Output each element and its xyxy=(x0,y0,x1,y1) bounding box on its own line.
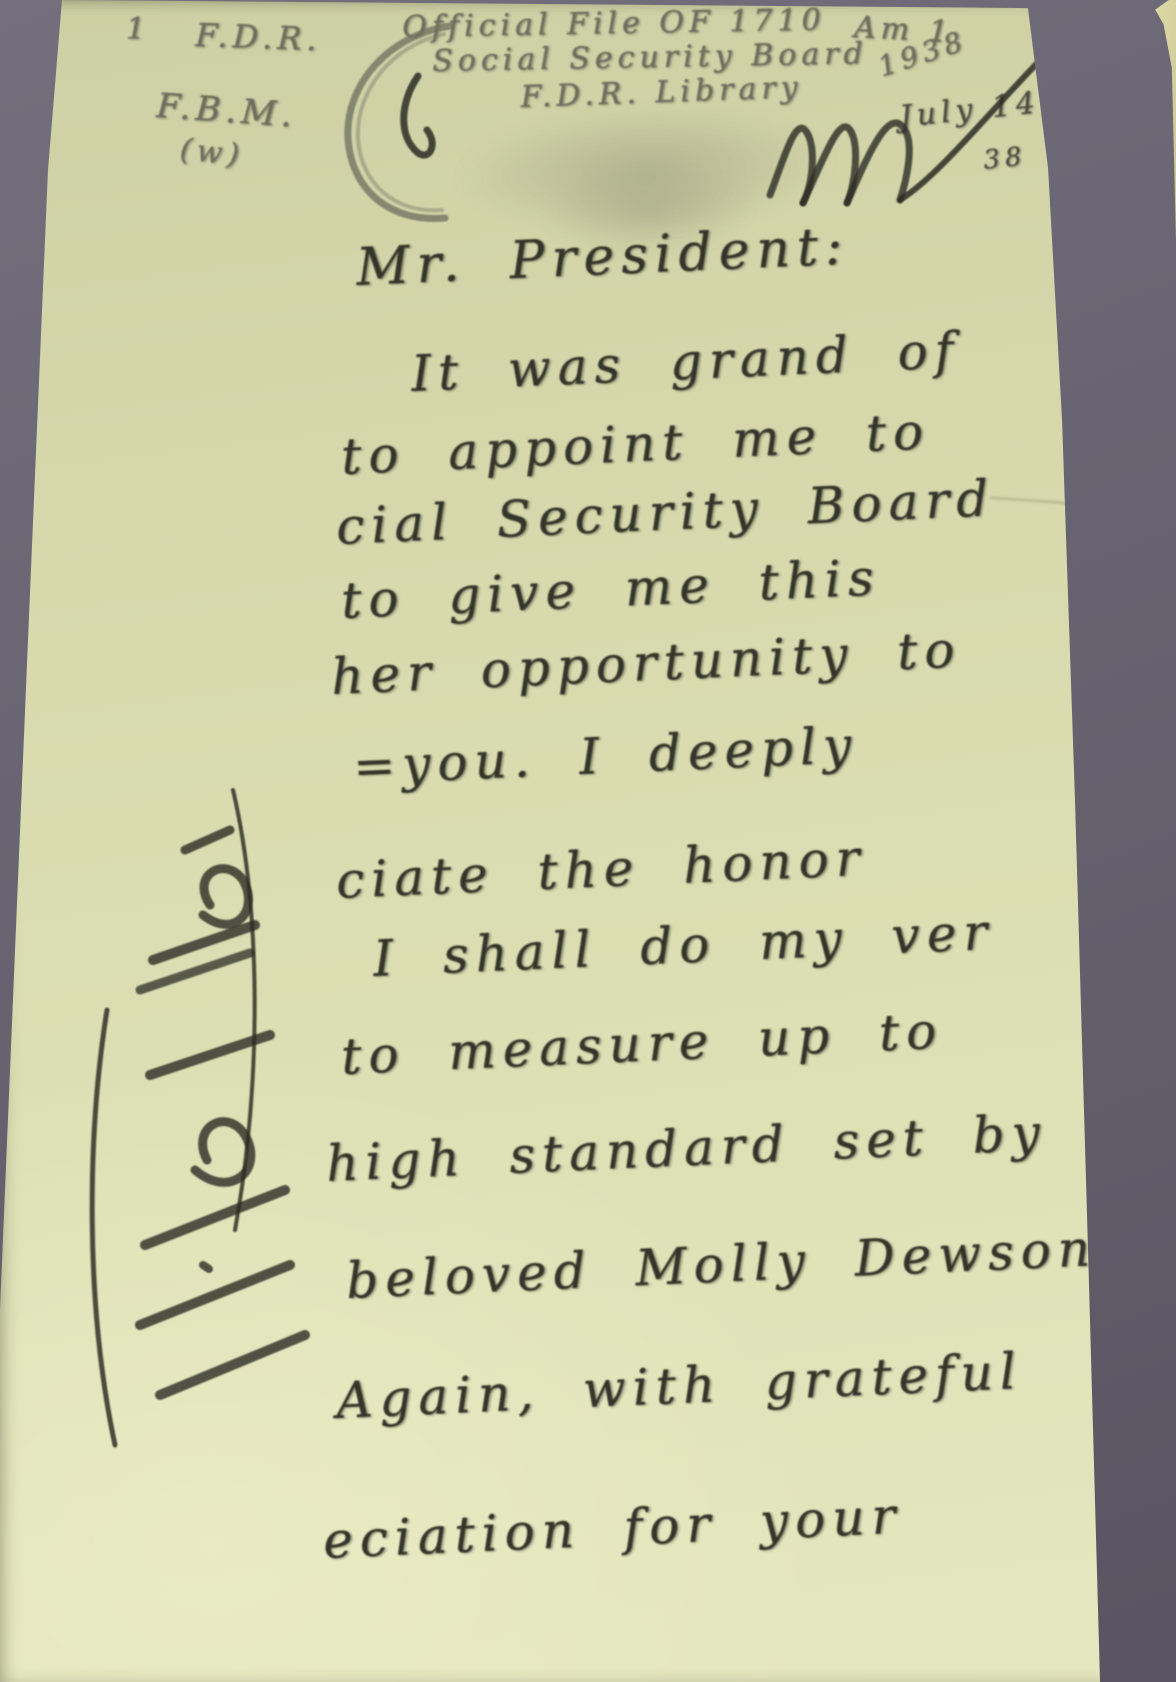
file-code-fdr: F.D.R. xyxy=(195,16,323,58)
letter-line-1: It was grand of xyxy=(410,321,961,403)
file-code-w: (w) xyxy=(178,132,245,174)
circled-pencil-mark xyxy=(330,18,520,233)
margin-bracket-left xyxy=(92,1010,115,1445)
letter-line-6: =you. I deeply xyxy=(352,716,859,796)
note-stroke-6 xyxy=(140,1265,290,1325)
note-stroke-5 xyxy=(145,1190,285,1245)
letter-line-2: to appoint me to xyxy=(340,402,931,486)
paper-crease xyxy=(990,497,1085,506)
inner-hook-stroke xyxy=(404,76,432,155)
note-scribble-upper xyxy=(203,869,248,925)
letter-line-4: to give me this xyxy=(340,548,882,629)
letter-line-11: beloved Molly Dewson xyxy=(345,1219,1098,1310)
second-paper-corner xyxy=(1124,0,1176,242)
vertical-pencil-note xyxy=(85,745,315,1465)
photo-of-handwritten-letter: 1 F.D.R. F.B.M. (w) Official File OF 171… xyxy=(0,0,1176,1682)
letter-line-12: Again, with grateful xyxy=(335,1342,1024,1430)
pencil-tick-mark: 1 xyxy=(126,12,150,47)
letter-line-13: eciation for your xyxy=(322,1487,904,1570)
cursive-initials-flourish xyxy=(755,35,1085,220)
letter-line-7: ciate the honor xyxy=(335,829,868,910)
letter-paper: 1 F.D.R. F.B.M. (w) Official File OF 171… xyxy=(0,0,1176,1682)
letter-line-9: to measure up to xyxy=(340,1002,944,1086)
letter-line-5: her opportunity to xyxy=(330,620,963,705)
note-scribble-lower xyxy=(195,1122,251,1183)
letter-line-10: high standard set by xyxy=(325,1104,1048,1193)
letter-line-3: cial Security Board xyxy=(335,469,996,556)
note-dot xyxy=(203,1265,209,1269)
letter-line-8: I shall do my ver xyxy=(372,903,995,988)
note-stroke-1 xyxy=(185,830,230,850)
note-stroke-7 xyxy=(160,1335,305,1395)
file-code-fbm: F.B.M. xyxy=(155,86,298,136)
flourish-sweep xyxy=(900,35,1073,200)
paper-content: 1 F.D.R. F.B.M. (w) Official File OF 171… xyxy=(0,0,1176,1682)
